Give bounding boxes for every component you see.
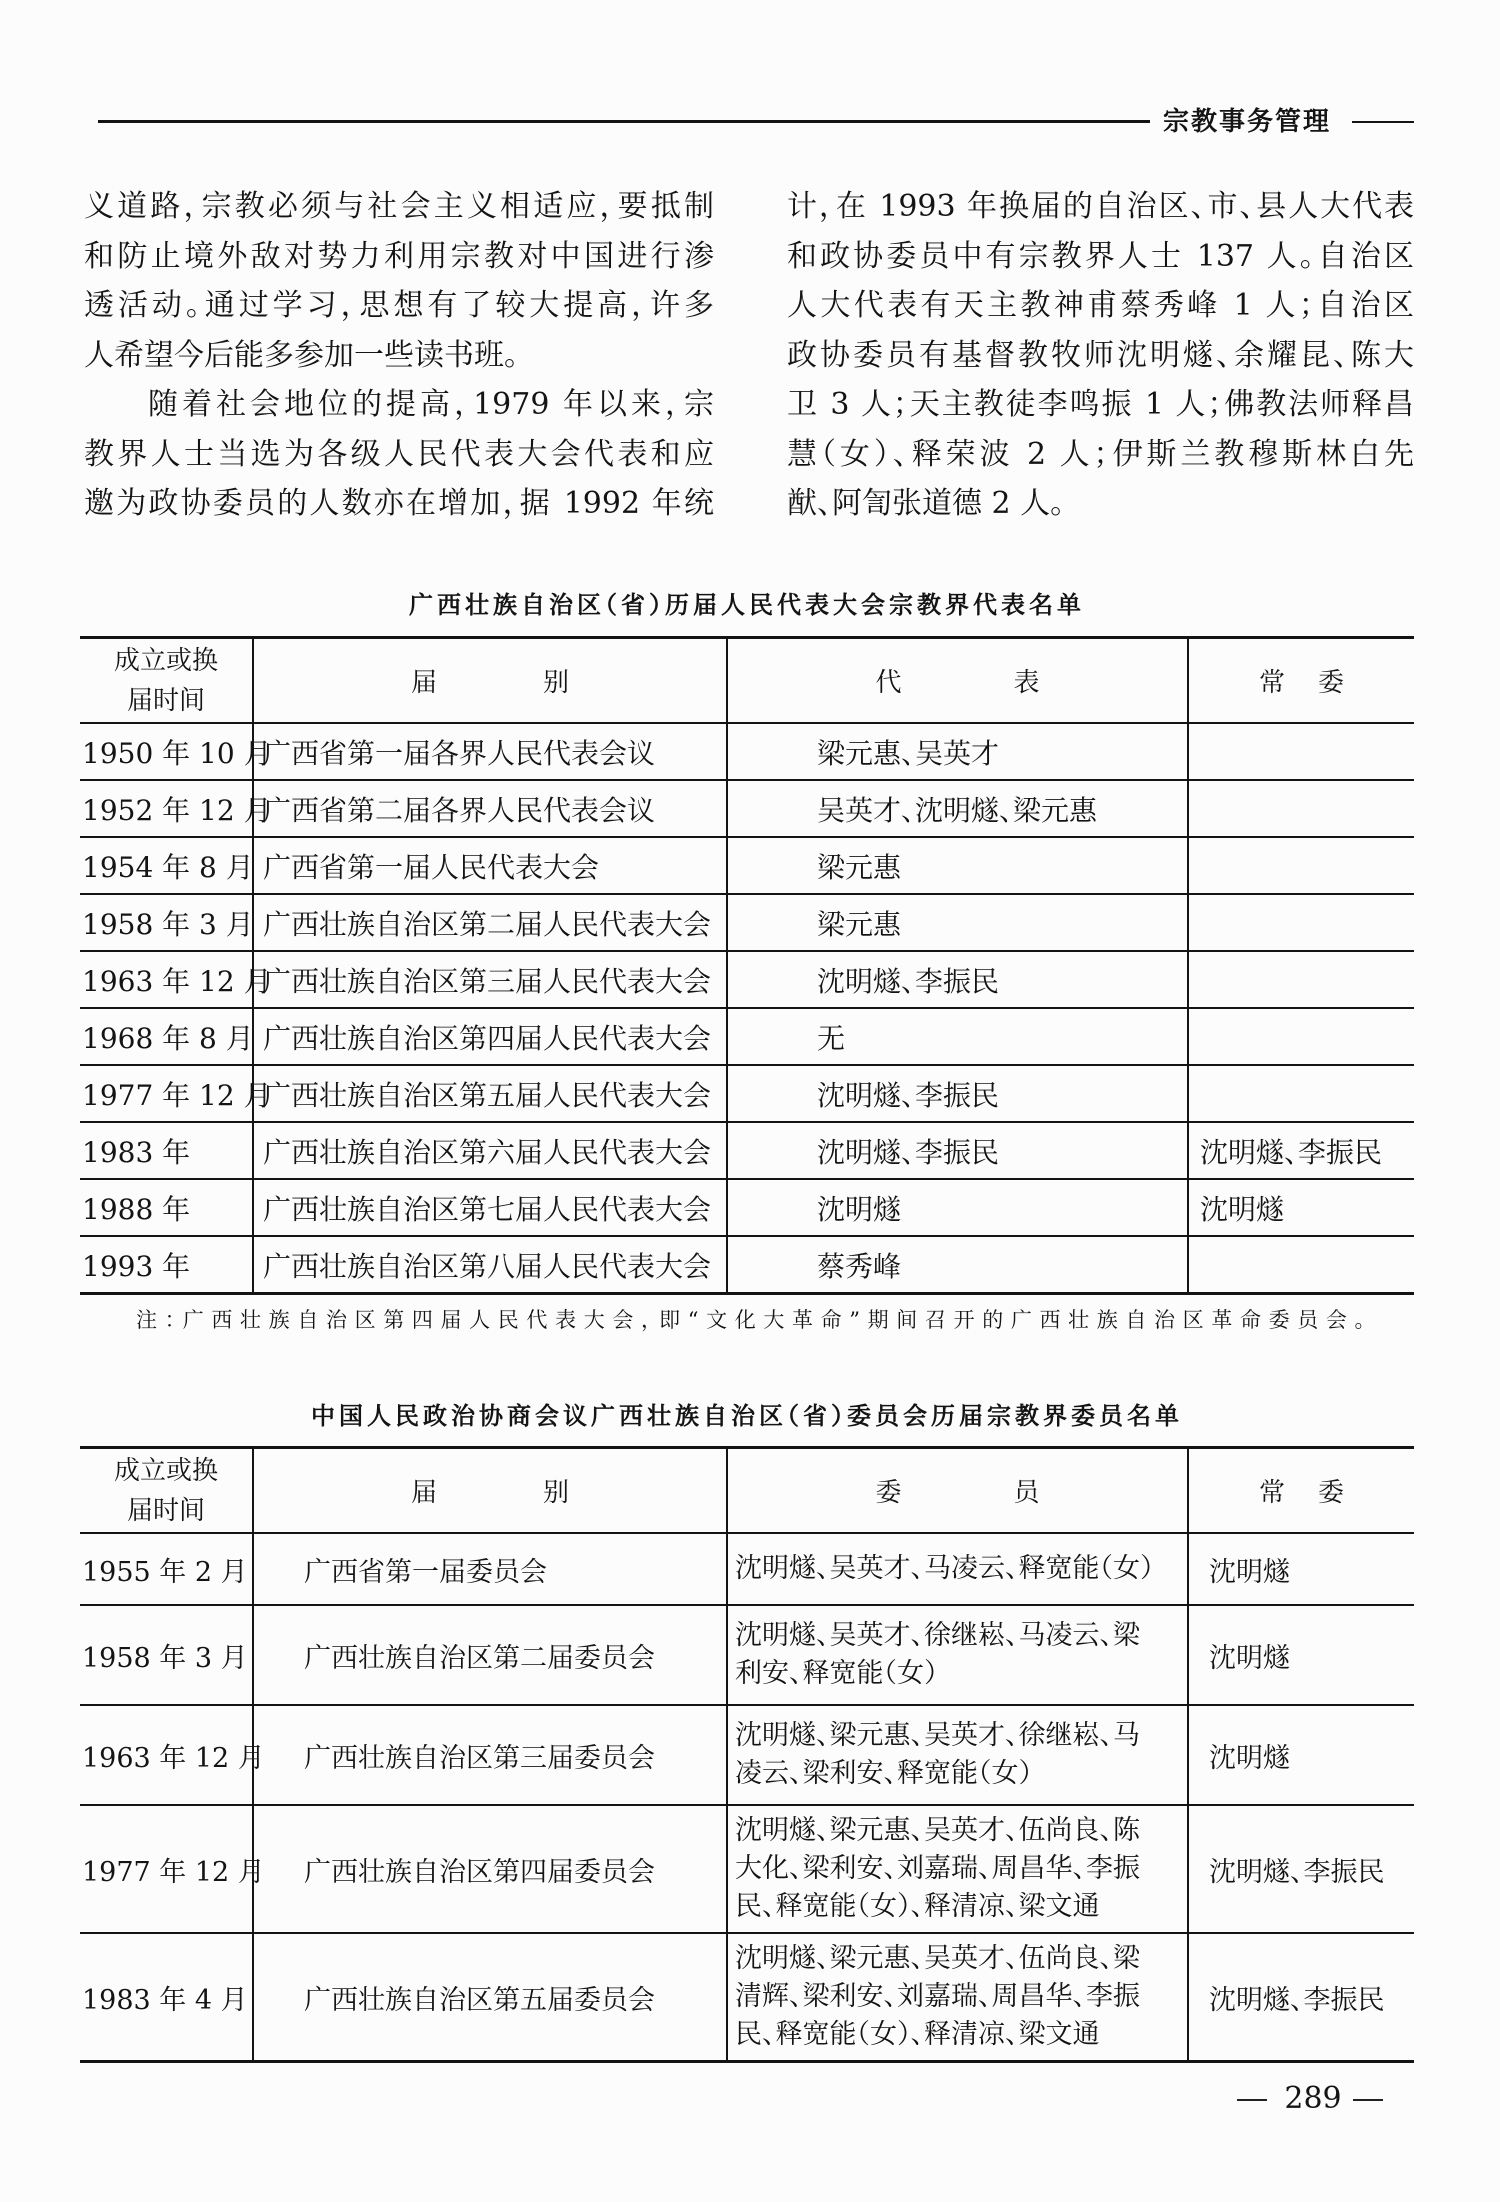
session-cell: 广西省第二届各界人民代表会议 xyxy=(253,780,727,837)
representatives-cell: 沈明燧 xyxy=(727,1179,1188,1236)
header-standing-committee: 常委 xyxy=(1188,638,1414,724)
members-cell: 沈明燧、梁元惠、吴英才、伍尚良、陈 大化、梁利安、刘嘉瑞、周昌华、李振 民、释宽… xyxy=(727,1805,1188,1933)
members-cell: 沈明燧、梁元惠、吴英才、徐继崧、马 凌云、梁利安、释宽能（女） xyxy=(727,1705,1188,1805)
header-session: 届别 xyxy=(253,1448,727,1534)
standing-committee-cell: 沈明燧、李振民 xyxy=(1188,1933,1414,2062)
date-cell: 1983 年 xyxy=(80,1122,253,1179)
table-row: 1977 年 12 月 广西壮族自治区第四届委员会 沈明燧、梁元惠、吴英才、伍尚… xyxy=(80,1805,1414,1933)
standing-committee-cell: 沈明燧 xyxy=(1188,1533,1414,1605)
session-cell: 广西省第一届人民代表大会 xyxy=(253,837,727,894)
header-representatives: 代表 xyxy=(727,638,1188,724)
table-header-row: 成立或换 届时间 届别 代表 常委 xyxy=(80,638,1414,724)
date-cell: 1983 年 4 月 xyxy=(80,1933,253,2062)
standing-committee-cell xyxy=(1188,951,1414,1008)
date-cell: 1958 年 3 月 xyxy=(80,894,253,951)
table-row: 1963 年 12 月 广西壮族自治区第三届委员会 沈明燧、梁元惠、吴英才、徐继… xyxy=(80,1705,1414,1805)
running-head-rule-short xyxy=(1352,121,1414,123)
header-members: 委员 xyxy=(727,1448,1188,1534)
date-cell: 1993 年 xyxy=(80,1236,253,1294)
date-cell: 1968 年 8 月 xyxy=(80,1008,253,1065)
table-row: 1954 年 8 月 广西省第一届人民代表大会 梁元惠 xyxy=(80,837,1414,894)
table-row: 1977 年 12 月 广西壮族自治区第五届人民代表大会 沈明燧、李振民 xyxy=(80,1065,1414,1122)
standing-committee-cell: 沈明燧 xyxy=(1188,1179,1414,1236)
table1-title: 广西壮族自治区（省）历届人民代表大会宗教界代表名单 xyxy=(80,588,1414,622)
members-cell: 沈明燧、梁元惠、吴英才、伍尚良、梁 清辉、梁利安、刘嘉瑞、周昌华、李振 民、释宽… xyxy=(727,1933,1188,2062)
members-cell: 沈明燧、吴英才、徐继崧、马凌云、梁 利安、释宽能（女） xyxy=(727,1605,1188,1705)
representatives-cell: 沈明燧、李振民 xyxy=(727,951,1188,1008)
header-session: 届别 xyxy=(253,638,727,724)
standing-committee-cell xyxy=(1188,1065,1414,1122)
representatives-cell: 梁元惠 xyxy=(727,837,1188,894)
representatives-cell: 无 xyxy=(727,1008,1188,1065)
body-text-right-column: 计，在 1993 年换届的自治区、市、县人大代表 和政协委员中有宗教界人士 13… xyxy=(787,182,1414,529)
running-head-title: 宗教事务管理 xyxy=(1163,104,1331,140)
members-cell: 沈明燧、吴英才、马凌云、释宽能（女） xyxy=(727,1533,1188,1605)
table1-footnote: 注：广西壮族自治区第四届人民代表大会，即“文化大革命”期间召开的广西壮族自治区革… xyxy=(136,1304,1365,1336)
cppcc-members-table: 成立或换 届时间 届别 委员 常委 1955 年 2 月 广西省第一届委员会 沈… xyxy=(80,1446,1414,2063)
session-cell: 广西壮族自治区第五届委员会 xyxy=(253,1933,727,2062)
date-cell: 1950 年 10 月 xyxy=(80,723,253,780)
table-row: 1963 年 12 月 广西壮族自治区第三届人民代表大会 沈明燧、李振民 xyxy=(80,951,1414,1008)
peoples-congress-representatives-table: 成立或换 届时间 届别 代表 常委 1950 年 10 月 广西省第一届各界人民… xyxy=(80,636,1414,1295)
table2-title: 中国人民政治协商会议广西壮族自治区（省）委员会历届宗教界委员名单 xyxy=(80,1399,1414,1433)
table-row: 1952 年 12 月 广西省第二届各界人民代表会议 吴英才、沈明燧、梁元惠 xyxy=(80,780,1414,837)
table-row: 1983 年 4 月 广西壮族自治区第五届委员会 沈明燧、梁元惠、吴英才、伍尚良… xyxy=(80,1933,1414,2062)
table-row: 1968 年 8 月 广西壮族自治区第四届人民代表大会 无 xyxy=(80,1008,1414,1065)
body-text-line: 猷、阿訇张道德 2 人。 xyxy=(787,479,1414,529)
session-cell: 广西壮族自治区第四届人民代表大会 xyxy=(253,1008,727,1065)
standing-committee-cell xyxy=(1188,894,1414,951)
body-text-line: 人希望今后能多参加一些读书班。 xyxy=(84,331,714,381)
standing-committee-cell: 沈明燧 xyxy=(1188,1605,1414,1705)
table-row: 1983 年 广西壮族自治区第六届人民代表大会 沈明燧、李振民 沈明燧、李振民 xyxy=(80,1122,1414,1179)
body-text-line: 邀为政协委员的人数亦在增加，据 1992 年统 xyxy=(84,479,714,529)
body-text-line: 和政协委员中有宗教界人士 137 人。自治区 xyxy=(787,232,1414,282)
body-text-line: 卫 3 人；天主教徒李鸣振 1 人；佛教法师释昌 xyxy=(787,380,1414,430)
running-head-rule xyxy=(98,120,1150,123)
representatives-cell: 梁元惠、吴英才 xyxy=(727,723,1188,780)
page-number: 289 xyxy=(1225,2080,1390,2118)
session-cell: 广西壮族自治区第五届人民代表大会 xyxy=(253,1065,727,1122)
standing-committee-cell xyxy=(1188,780,1414,837)
body-text-line: 教界人士当选为各级人民代表大会代表和应 xyxy=(84,430,714,480)
body-text-line: 义道路，宗教必须与社会主义相适应，要抵制 xyxy=(84,182,714,232)
standing-committee-cell xyxy=(1188,723,1414,780)
body-text-line: 随着社会地位的提高，1979 年以来，宗 xyxy=(84,380,714,430)
standing-committee-cell: 沈明燧、李振民 xyxy=(1188,1805,1414,1933)
date-cell: 1988 年 xyxy=(80,1179,253,1236)
page-number-value: 289 xyxy=(1283,2080,1343,2118)
standing-committee-cell xyxy=(1188,1008,1414,1065)
table-row: 1993 年 广西壮族自治区第八届人民代表大会 蔡秀峰 xyxy=(80,1236,1414,1294)
date-cell: 1963 年 12 月 xyxy=(80,951,253,1008)
book-page: 宗教事务管理 义道路，宗教必须与社会主义相适应，要抵制 和防止境外敌对势力利用宗… xyxy=(0,0,1500,2202)
session-cell: 广西壮族自治区第七届人民代表大会 xyxy=(253,1179,727,1236)
header-date: 成立或换 届时间 xyxy=(80,638,253,724)
body-text-line: 透活动。通过学习，思想有了较大提高，许多 xyxy=(84,281,714,331)
header-date: 成立或换 届时间 xyxy=(80,1448,253,1534)
standing-committee-cell xyxy=(1188,1236,1414,1294)
representatives-cell: 沈明燧、李振民 xyxy=(727,1065,1188,1122)
representatives-cell: 梁元惠 xyxy=(727,894,1188,951)
session-cell: 广西壮族自治区第六届人民代表大会 xyxy=(253,1122,727,1179)
session-cell: 广西壮族自治区第二届委员会 xyxy=(253,1605,727,1705)
table-header-row: 成立或换 届时间 届别 委员 常委 xyxy=(80,1448,1414,1534)
session-cell: 广西省第一届委员会 xyxy=(253,1533,727,1605)
date-cell: 1958 年 3 月 xyxy=(80,1605,253,1705)
session-cell: 广西壮族自治区第四届委员会 xyxy=(253,1805,727,1933)
date-cell: 1955 年 2 月 xyxy=(80,1533,253,1605)
date-cell: 1963 年 12 月 xyxy=(80,1705,253,1805)
representatives-cell: 吴英才、沈明燧、梁元惠 xyxy=(727,780,1188,837)
table-row: 1955 年 2 月 广西省第一届委员会 沈明燧、吴英才、马凌云、释宽能（女） … xyxy=(80,1533,1414,1605)
body-text-line: 人大代表有天主教神甫蔡秀峰 1 人；自治区 xyxy=(787,281,1414,331)
folio-dash-right xyxy=(1353,2099,1383,2101)
header-standing-committee: 常委 xyxy=(1188,1448,1414,1534)
body-text-line: 政协委员有基督教牧师沈明燧、余耀昆、陈大 xyxy=(787,331,1414,381)
date-cell: 1977 年 12 月 xyxy=(80,1805,253,1933)
table-row: 1988 年 广西壮族自治区第七届人民代表大会 沈明燧 沈明燧 xyxy=(80,1179,1414,1236)
date-cell: 1954 年 8 月 xyxy=(80,837,253,894)
standing-committee-cell xyxy=(1188,837,1414,894)
date-cell: 1952 年 12 月 xyxy=(80,780,253,837)
body-text-line: 计，在 1993 年换届的自治区、市、县人大代表 xyxy=(787,182,1414,232)
standing-committee-cell: 沈明燧 xyxy=(1188,1705,1414,1805)
body-text-line: 和防止境外敌对势力利用宗教对中国进行渗 xyxy=(84,232,714,282)
session-cell: 广西壮族自治区第三届委员会 xyxy=(253,1705,727,1805)
session-cell: 广西壮族自治区第二届人民代表大会 xyxy=(253,894,727,951)
body-text-left-column: 义道路，宗教必须与社会主义相适应，要抵制 和防止境外敌对势力利用宗教对中国进行渗… xyxy=(84,182,714,529)
session-cell: 广西省第一届各界人民代表会议 xyxy=(253,723,727,780)
representatives-cell: 蔡秀峰 xyxy=(727,1236,1188,1294)
standing-committee-cell: 沈明燧、李振民 xyxy=(1188,1122,1414,1179)
representatives-cell: 沈明燧、李振民 xyxy=(727,1122,1188,1179)
session-cell: 广西壮族自治区第八届人民代表大会 xyxy=(253,1236,727,1294)
table-row: 1958 年 3 月 广西壮族自治区第二届人民代表大会 梁元惠 xyxy=(80,894,1414,951)
session-cell: 广西壮族自治区第三届人民代表大会 xyxy=(253,951,727,1008)
date-cell: 1977 年 12 月 xyxy=(80,1065,253,1122)
folio-dash-left xyxy=(1237,2099,1267,2101)
body-text-line: 慧（女）、释荣波 2 人；伊斯兰教穆斯林白先 xyxy=(787,430,1414,480)
table-row: 1950 年 10 月 广西省第一届各界人民代表会议 梁元惠、吴英才 xyxy=(80,723,1414,780)
table-row: 1958 年 3 月 广西壮族自治区第二届委员会 沈明燧、吴英才、徐继崧、马凌云… xyxy=(80,1605,1414,1705)
